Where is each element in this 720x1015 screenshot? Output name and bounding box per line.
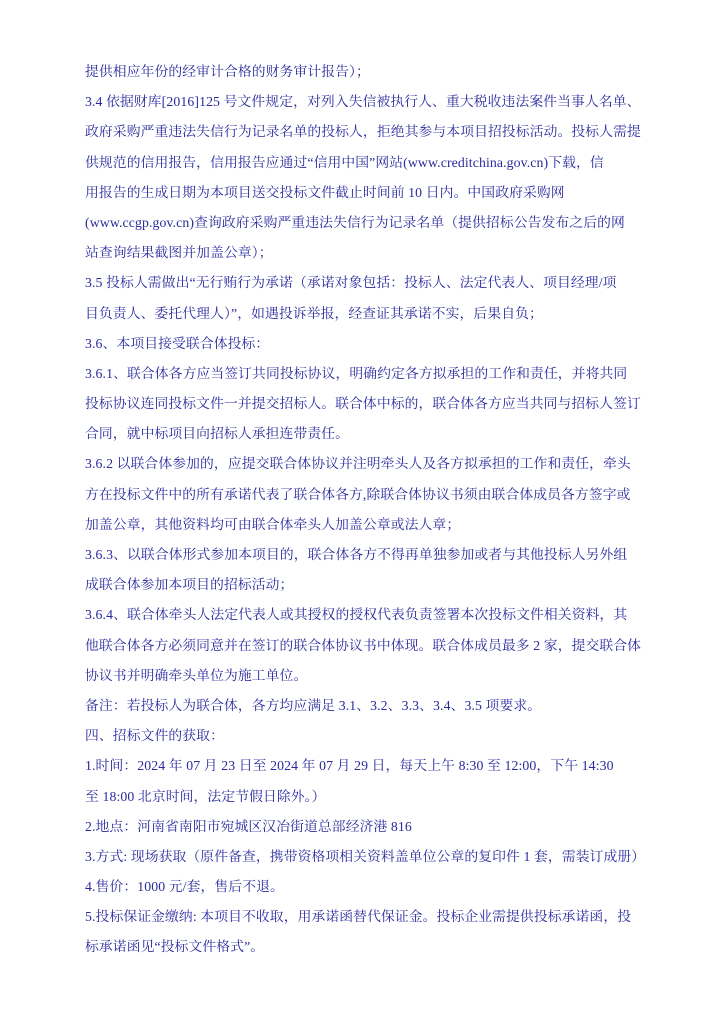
text-line: 3.4 依据财库[2016]125 号文件规定，对列入失信被执行人、重大税收违法…	[85, 87, 641, 117]
text-line: 投标协议连同投标文件一并提交招标人。联合体中标的，联合体各方应当共同与招标人签订	[85, 389, 641, 419]
text-line: 政府采购严重违法失信行为记录名单的投标人，拒绝其参与本项目招投标活动。投标人需提	[85, 117, 641, 147]
text-line: 3.6.3、以联合体形式参加本项目的，联合体各方不得再单独参加或者与其他投标人另…	[85, 540, 641, 570]
text-line: 标承诺函见“投标文件格式”。	[85, 932, 641, 962]
text-line: 3.方式: 现场获取（原件备查，携带资格项相关资料盖单位公章的复印件 1 套，需…	[85, 842, 641, 872]
text-line: 站查询结果截图并加盖公章）；	[85, 238, 641, 268]
text-line: 他联合体各方必须同意并在签订的联合体协议书中体现。联合体成员最多 2 家，提交联…	[85, 631, 641, 661]
text-line: 3.6、本项目接受联合体投标：	[85, 329, 641, 359]
para-4-item-3-method: 3.方式: 现场获取（原件备查，携带资格项相关资料盖单位公章的复印件 1 套，需…	[85, 842, 641, 872]
text-line: (www.ccgp.gov.cn)查询政府采购严重违法失信行为记录名单（提供招标…	[85, 208, 641, 238]
para-4-item-2-location: 2.地点：河南省南阳市宛城区汉冶街道总部经济港 816	[85, 812, 641, 842]
para-3-6: 3.6、本项目接受联合体投标：	[85, 329, 641, 359]
text-line: 3.5 投标人需做出“无行贿行为承诺（承诺对象包括：投标人、法定代表人、项目经理…	[85, 268, 641, 298]
text-line: 1.时间：2024 年 07 月 23 日至 2024 年 07 月 29 日，…	[85, 751, 641, 781]
text-line: 四、招标文件的获取：	[85, 721, 641, 751]
para-3-6-1: 3.6.1、联合体各方应当签订共同投标协议，明确约定各方拟承担的工作和责任，并将…	[85, 359, 641, 450]
text-line: 5.投标保证金缴纳: 本项目不收取，用承诺函替代保证金。投标企业需提供投标承诺函…	[85, 902, 641, 932]
text-line: 方在投标文件中的所有承诺代表了联合体各方,除联合体协议书须由联合体成员各方签字或	[85, 480, 641, 510]
para-4-item-1-time: 1.时间：2024 年 07 月 23 日至 2024 年 07 月 29 日，…	[85, 751, 641, 811]
text-line: 协议书并明确牵头单位为施工单位。	[85, 661, 641, 691]
text-line: 3.6.1、联合体各方应当签订共同投标协议，明确约定各方拟承担的工作和责任，并将…	[85, 359, 641, 389]
para-3-6-2: 3.6.2 以联合体参加的，应提交联合体协议并注明牵头人及各方拟承担的工作和责任…	[85, 449, 641, 540]
text-line: 目负责人、委托代理人）”，如遇投诉举报，经查证其承诺不实，后果自负；	[85, 299, 641, 329]
text-line: 合同，就中标项目向招标人承担连带责任。	[85, 419, 641, 449]
text-line: 提供相应年份的经审计合格的财务审计报告）；	[85, 57, 641, 87]
text-line: 3.6.2 以联合体参加的，应提交联合体协议并注明牵头人及各方拟承担的工作和责任…	[85, 449, 641, 479]
para-3-6-3: 3.6.3、以联合体形式参加本项目的，联合体各方不得再单独参加或者与其他投标人另…	[85, 540, 641, 600]
para-4-item-5-deposit: 5.投标保证金缴纳: 本项目不收取，用承诺函替代保证金。投标企业需提供投标承诺函…	[85, 902, 641, 962]
document-page: 提供相应年份的经审计合格的财务审计报告）；3.4 依据财库[2016]125 号…	[0, 0, 720, 1015]
para-3-4: 3.4 依据财库[2016]125 号文件规定，对列入失信被执行人、重大税收违法…	[85, 87, 641, 268]
text-line: 用报告的生成日期为本项目送交投标文件截止时间前 10 日内。中国政府采购网	[85, 178, 641, 208]
text-line: 4.售价：1000 元/套，售后不退。	[85, 872, 641, 902]
document-body: 提供相应年份的经审计合格的财务审计报告）；3.4 依据财库[2016]125 号…	[85, 57, 641, 963]
text-line: 成联合体参加本项目的招标活动；	[85, 570, 641, 600]
para-3-6-4: 3.6.4、联合体牵头人法定代表人或其授权的授权代表负责签署本次投标文件相关资料…	[85, 600, 641, 691]
text-line: 2.地点：河南省南阳市宛城区汉冶街道总部经济港 816	[85, 812, 641, 842]
para-3-3-continuation: 提供相应年份的经审计合格的财务审计报告）；	[85, 57, 641, 87]
text-line: 供规范的信用报告，信用报告应通过“信用中国”网站(www.creditchina…	[85, 148, 641, 178]
text-line: 备注：若投标人为联合体，各方均应满足 3.1、3.2、3.3、3.4、3.5 项…	[85, 691, 641, 721]
para-4-item-4-price: 4.售价：1000 元/套，售后不退。	[85, 872, 641, 902]
text-line: 加盖公章，其他资料均可由联合体牵头人加盖公章或法人章；	[85, 510, 641, 540]
text-line: 至 18:00 北京时间，法定节假日除外。）	[85, 782, 641, 812]
para-note: 备注：若投标人为联合体，各方均应满足 3.1、3.2、3.3、3.4、3.5 项…	[85, 691, 641, 721]
para-3-5: 3.5 投标人需做出“无行贿行为承诺（承诺对象包括：投标人、法定代表人、项目经理…	[85, 268, 641, 328]
text-line: 3.6.4、联合体牵头人法定代表人或其授权的授权代表负责签署本次投标文件相关资料…	[85, 600, 641, 630]
para-section-4-heading: 四、招标文件的获取：	[85, 721, 641, 751]
